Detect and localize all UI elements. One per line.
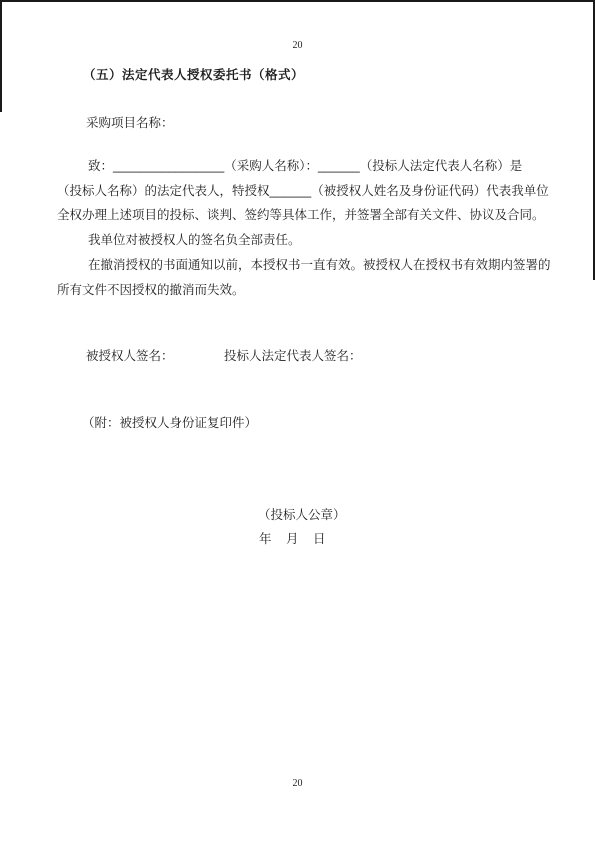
body-line: 全权办理上述项目的投标、谈判、签约等具体工作，并签署全部有关文件、协议及合同。 [57, 203, 541, 228]
page-number-top: 20 [0, 40, 595, 51]
page-number-bottom: 20 [0, 778, 595, 789]
project-name-label: 采购项目名称： [86, 113, 174, 131]
authorized-person-signature-label: 被授权人签名： [86, 346, 174, 364]
body-line: 所有文件不因授权的撤消而失效。 [57, 278, 541, 303]
document-page: 20 （五）法定代表人授权委托书（格式） 采购项目名称： 致：_________… [0, 0, 595, 841]
section-title: （五）法定代表人授权委托书（格式） [83, 65, 304, 83]
bidder-seal-note: （投标人公章） [258, 505, 346, 523]
body-line: （投标人名称）的法定代表人，特授权______（被授权人姓名及身份证代码）代表我… [57, 179, 541, 204]
representative-signature-label: 投标人法定代表人签名： [224, 346, 362, 364]
date-line: 年 月 日 [259, 529, 327, 547]
body-paragraphs: 致：________________（采购人名称）：______（投标人法定代表… [57, 154, 541, 302]
page-edge-left [0, 0, 2, 112]
attachment-note: （附：被授权人身份证复印件） [82, 413, 257, 431]
body-line: 致：________________（采购人名称）：______（投标人法定代表… [57, 154, 541, 179]
body-line: 在撤消授权的书面通知以前，本授权书一直有效。被授权人在授权书有效期内签署的 [57, 253, 541, 278]
body-line: 我单位对被授权人的签名负全部责任。 [57, 228, 541, 253]
page-edge-top [0, 0, 595, 2]
